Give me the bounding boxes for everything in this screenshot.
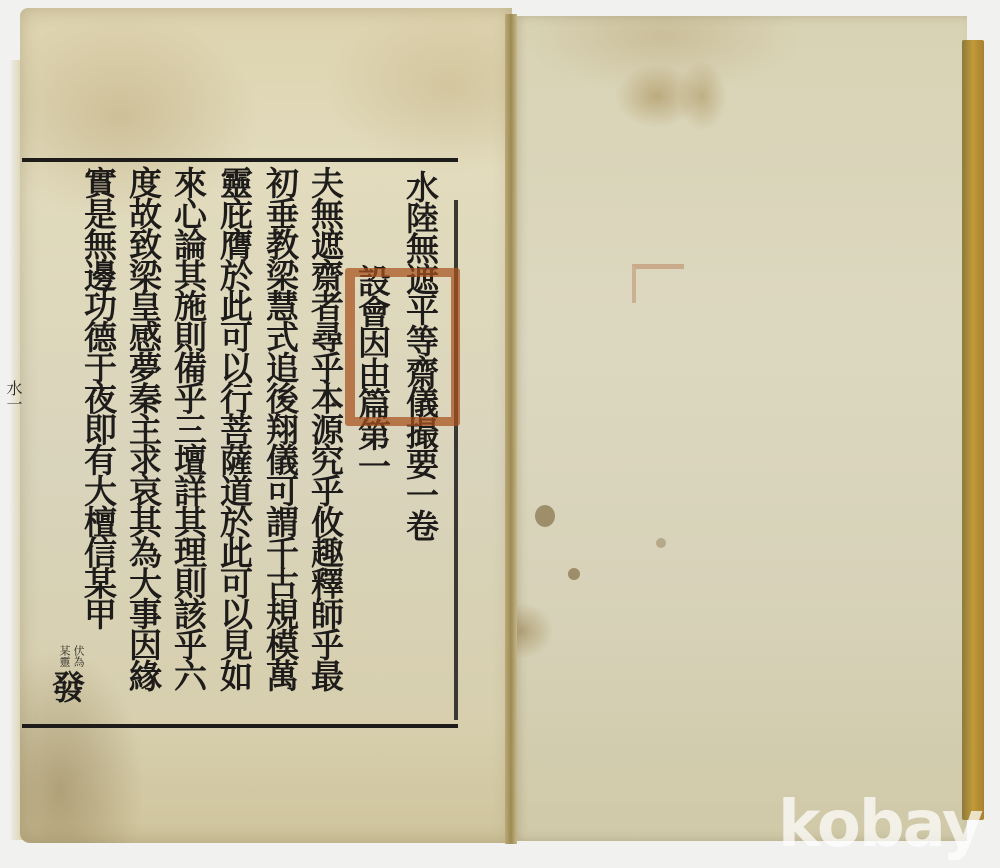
book-photo: 水陸無遮平等齋儀撮要一卷 設會因由篇第一 夫無遮齋者尋乎本源究乎攸趣釋師乎最 初…	[0, 0, 1000, 868]
text-column-2: 初垂教梁慧式追後翔儀可謂千古規模萬	[258, 166, 302, 690]
text-column-6: 實是無邊功德于夜即有大檀信某甲	[76, 166, 120, 628]
stain	[535, 505, 555, 527]
book-gutter	[505, 14, 517, 844]
watermark: kobay	[778, 788, 982, 862]
right-page	[512, 16, 967, 841]
margin-page-mark: 水一	[2, 380, 25, 412]
text-column-4: 來心論其施則備乎三壇詳其理則該乎六	[166, 166, 210, 690]
text-column-1: 夫無遮齋者尋乎本源究乎攸趣釋師乎最	[303, 166, 347, 690]
text-column-5: 度故致梁皇感夢秦主求哀其為大事因緣	[121, 166, 165, 690]
note-line-1: 伏為	[72, 645, 84, 667]
seal-offset-mark	[632, 264, 684, 303]
note-line-2: 某靈	[58, 645, 70, 667]
cover-edge	[962, 40, 984, 820]
text-column-3: 靈庇膺於此可以行菩薩道於此可以見如	[212, 166, 256, 690]
text-last-char: 發	[44, 670, 88, 701]
stain	[656, 538, 666, 548]
red-seal-stamp	[345, 268, 460, 426]
stain	[568, 568, 580, 580]
interlinear-note: 伏為 某靈	[44, 645, 84, 667]
